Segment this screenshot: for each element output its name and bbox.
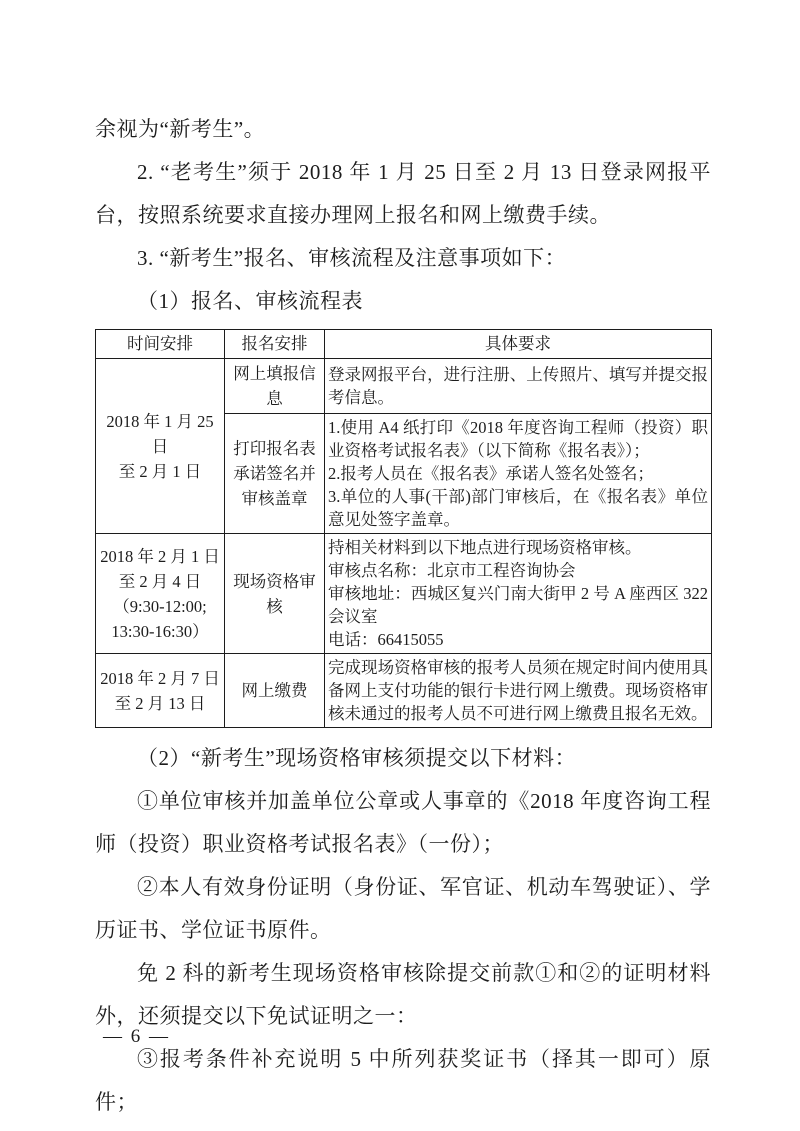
cell-requirement-print-sign: 1.使用 A4 纸打印《2018 年度咨询工程师（投资）职业资格考试报名表》（以… (325, 414, 712, 534)
header-arrangement: 报名安排 (225, 330, 325, 359)
cell-arrangement-online-fill: 网上填报信息 (225, 359, 325, 414)
header-time: 时间安排 (96, 330, 225, 359)
cell-arrangement-pay: 网上缴费 (225, 654, 325, 728)
cell-arrangement-print-sign: 打印报名表 承诺签名并 审核盖章 (225, 414, 325, 534)
paragraph-table-caption: （1）报名、审核流程表 (95, 280, 711, 323)
cell-requirement-pay: 完成现场资格审核的报考人员须在规定时间内使用具备网上支付功能的银行卡进行网上缴费… (325, 654, 712, 728)
paragraph-exemption-intro: 免 2 科的新考生现场资格审核除提交前款①和②的证明材料外，还须提交以下免试证明… (95, 952, 711, 1038)
cell-time-audit: 2018 年 2 月 1 日 至 2 月 4 日 （9:30-12:00; 13… (96, 534, 225, 654)
paragraph-continued: 余视为“新考生”。 (95, 108, 711, 151)
paragraph-materials-intro: （2）“新考生”现场资格审核须提交以下材料： (95, 737, 711, 780)
table-row: 2018 年 2 月 1 日 至 2 月 4 日 （9:30-12:00; 13… (96, 534, 712, 654)
paragraph-material-3: ③报考条件补充说明 5 中所列获奖证书（择其一即可）原件； (95, 1038, 711, 1124)
paragraph-material-2: ②本人有效身份证明（身份证、军官证、机动车驾驶证）、学历证书、学位证书原件。 (95, 866, 711, 952)
cell-arrangement-audit: 现场资格审核 (225, 534, 325, 654)
header-requirement: 具体要求 (325, 330, 712, 359)
registration-process-table: 时间安排 报名安排 具体要求 2018 年 1 月 25 日 至 2 月 1 日… (95, 329, 712, 728)
cell-time-pay: 2018 年 2 月 7 日 至 2 月 13 日 (96, 654, 225, 728)
page-number: — 6 — (103, 1022, 170, 1052)
table-row: 2018 年 2 月 7 日 至 2 月 13 日 网上缴费 完成现场资格审核的… (96, 654, 712, 728)
cell-time-fill: 2018 年 1 月 25 日 至 2 月 1 日 (96, 359, 225, 534)
paragraph-old-candidates: 2. “老考生”须于 2018 年 1 月 25 日至 2 月 13 日登录网报… (95, 151, 711, 237)
cell-requirement-online-fill: 登录网报平台，进行注册、上传照片、填写并提交报考信息。 (325, 359, 712, 414)
page-content: 余视为“新考生”。 2. “老考生”须于 2018 年 1 月 25 日至 2 … (95, 108, 711, 1124)
paragraph-new-candidates-intro: 3. “新考生”报名、审核流程及注意事项如下： (95, 237, 711, 280)
document-page: { "paragraphs": { "p1": "余视为“新考生”。", "p2… (0, 0, 800, 1131)
table-header-row: 时间安排 报名安排 具体要求 (96, 330, 712, 359)
cell-requirement-audit: 持相关材料到以下地点进行现场资格审核。 审核点名称：北京市工程咨询协会 审核地址… (325, 534, 712, 654)
paragraph-material-1: ①单位审核并加盖单位公章或人事章的《2018 年度咨询工程师（投资）职业资格考试… (95, 780, 711, 866)
table-row: 2018 年 1 月 25 日 至 2 月 1 日 网上填报信息 登录网报平台，… (96, 359, 712, 414)
